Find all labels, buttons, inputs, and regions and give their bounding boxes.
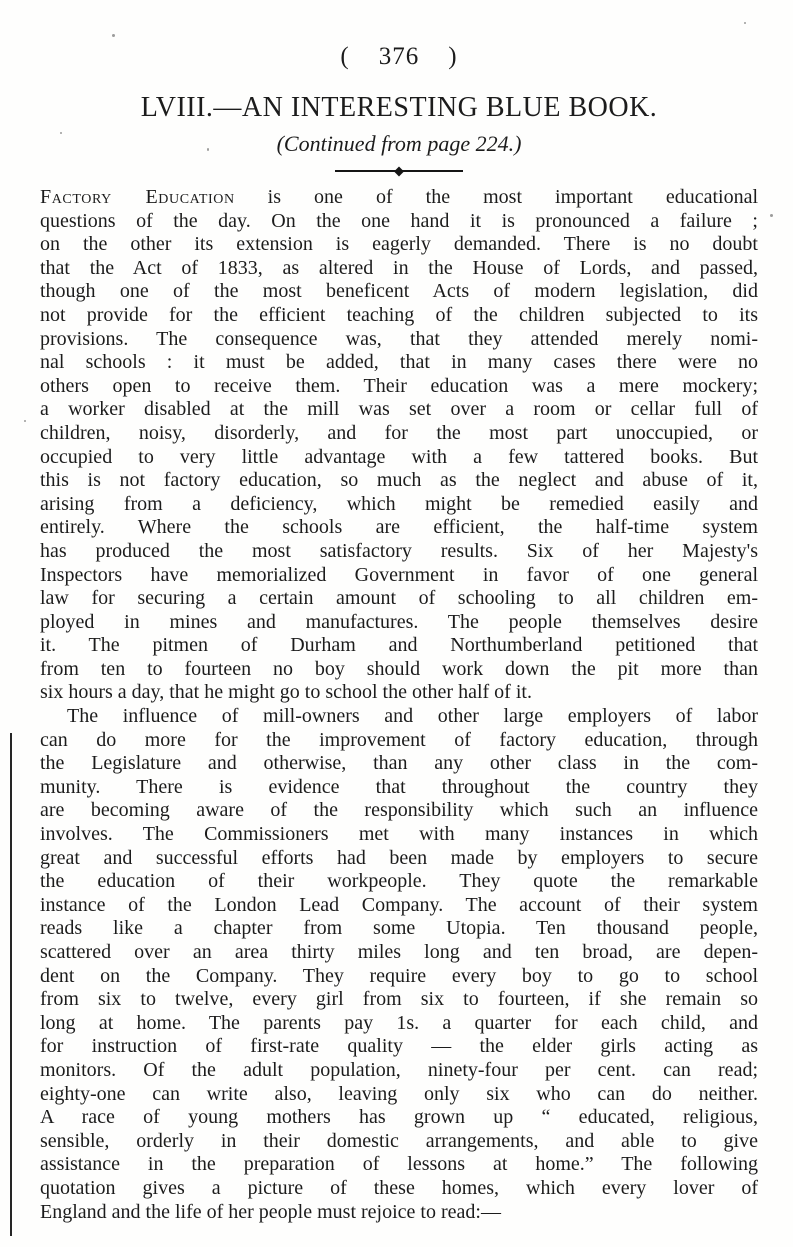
text-line: nal schools : it must be added, that in … xyxy=(40,351,758,375)
text-line: ployed in mines and manufactures. The pe… xyxy=(40,611,758,635)
text-line: six hours a day, that he might go to sch… xyxy=(40,681,758,705)
text-line: on the other its extension is eagerly de… xyxy=(40,233,758,257)
text-line: assistance in the preparation of lessons… xyxy=(40,1153,758,1177)
text-line: from six to twelve, every girl from six … xyxy=(40,988,758,1012)
text-line: occupied to very little advantage with a… xyxy=(40,446,758,470)
scanned-page: ( 376 ) LVIII.—AN INTERESTING BLUE BOOK.… xyxy=(0,0,793,1247)
text-line: reads like a chapter from some Utopia. T… xyxy=(40,917,758,941)
text-line: England and the life of her people must … xyxy=(40,1201,758,1225)
text-line: questions of the day. On the one hand it… xyxy=(40,210,758,234)
text-line: dent on the Company. They require every … xyxy=(40,965,758,989)
text-line: has produced the most satisfactory resul… xyxy=(40,540,758,564)
text-line: the Legislature and otherwise, than any … xyxy=(40,752,758,776)
article-body: Factory Education is one of the most imp… xyxy=(40,186,758,1224)
text-line: The influence of mill-owners and other l… xyxy=(40,705,758,729)
scan-artifact-line xyxy=(10,733,12,1236)
paragraph-1-lines: questions of the day. On the one hand it… xyxy=(40,210,758,705)
text-line: can do more for the improvement of facto… xyxy=(40,729,758,753)
text-line: quotation gives a picture of these homes… xyxy=(40,1177,758,1201)
text-line: this is not factory education, so much a… xyxy=(40,469,758,493)
text-line: children, noisy, disorderly, and for the… xyxy=(40,422,758,446)
continuation-note: (Continued from page 224.) xyxy=(40,131,758,157)
text-line: are becoming aware of the responsibility… xyxy=(40,799,758,823)
text-line: the education of their workpeople. They … xyxy=(40,870,758,894)
text-line: A race of young mothers has grown up “ e… xyxy=(40,1106,758,1130)
text-line: law for securing a certain amount of sch… xyxy=(40,587,758,611)
text-line: arising from a deficiency, which might b… xyxy=(40,493,758,517)
text-line: entirely. Where the schools are efficien… xyxy=(40,516,758,540)
text-line: involves. The Commissioners met with man… xyxy=(40,823,758,847)
text-line: scattered over an area thirty miles long… xyxy=(40,941,758,965)
paragraph-2-lines: The influence of mill-owners and other l… xyxy=(40,705,758,1224)
section-divider xyxy=(335,170,463,172)
text-line: great and successful efforts had been ma… xyxy=(40,847,758,871)
first-line-rest: is one of the most important educational xyxy=(235,186,758,208)
text-line: from ten to fourteen no boy should work … xyxy=(40,658,758,682)
article-title: LVIII.—AN INTERESTING BLUE BOOK. xyxy=(40,92,758,124)
page-number: ( 376 ) xyxy=(40,43,758,71)
text-line: though one of the most beneficent Acts o… xyxy=(40,280,758,304)
text-line: not provide for the efficient teaching o… xyxy=(40,304,758,328)
text-line: a worker disabled at the mill was set ov… xyxy=(40,398,758,422)
diamond-ornament xyxy=(394,166,404,176)
text-line: munity. There is evidence that throughou… xyxy=(40,776,758,800)
lead-smallcaps: Factory Education xyxy=(40,186,235,208)
paper-speckle xyxy=(744,22,746,24)
text-line: that the Act of 1833, as altered in the … xyxy=(40,257,758,281)
page-content: ( 376 ) LVIII.—AN INTERESTING BLUE BOOK.… xyxy=(0,0,793,1224)
text-line: Inspectors have memorialized Government … xyxy=(40,564,758,588)
paper-speckle xyxy=(112,34,115,37)
paragraph-2: The influence of mill-owners and other l… xyxy=(40,705,758,1224)
paper-speckle xyxy=(60,132,62,134)
paper-speckle xyxy=(770,214,773,217)
text-line: monitors. Of the adult population, ninet… xyxy=(40,1059,758,1083)
text-line: others open to receive them. Their educa… xyxy=(40,375,758,399)
text-line-first: Factory Education is one of the most imp… xyxy=(40,186,758,210)
paragraph-1: Factory Education is one of the most imp… xyxy=(40,186,758,705)
text-line: long at home. The parents pay 1s. a quar… xyxy=(40,1012,758,1036)
text-line: for instruction of first-rate quality — … xyxy=(40,1035,758,1059)
text-line: sensible, orderly in their domestic arra… xyxy=(40,1130,758,1154)
text-line: eighty-one can write also, leaving only … xyxy=(40,1083,758,1107)
paper-speckle xyxy=(207,148,209,151)
text-line: it. The pitmen of Durham and Northumberl… xyxy=(40,634,758,658)
text-line: instance of the London Lead Company. The… xyxy=(40,894,758,918)
paper-speckle xyxy=(24,420,26,422)
text-line: provisions. The consequence was, that th… xyxy=(40,328,758,352)
